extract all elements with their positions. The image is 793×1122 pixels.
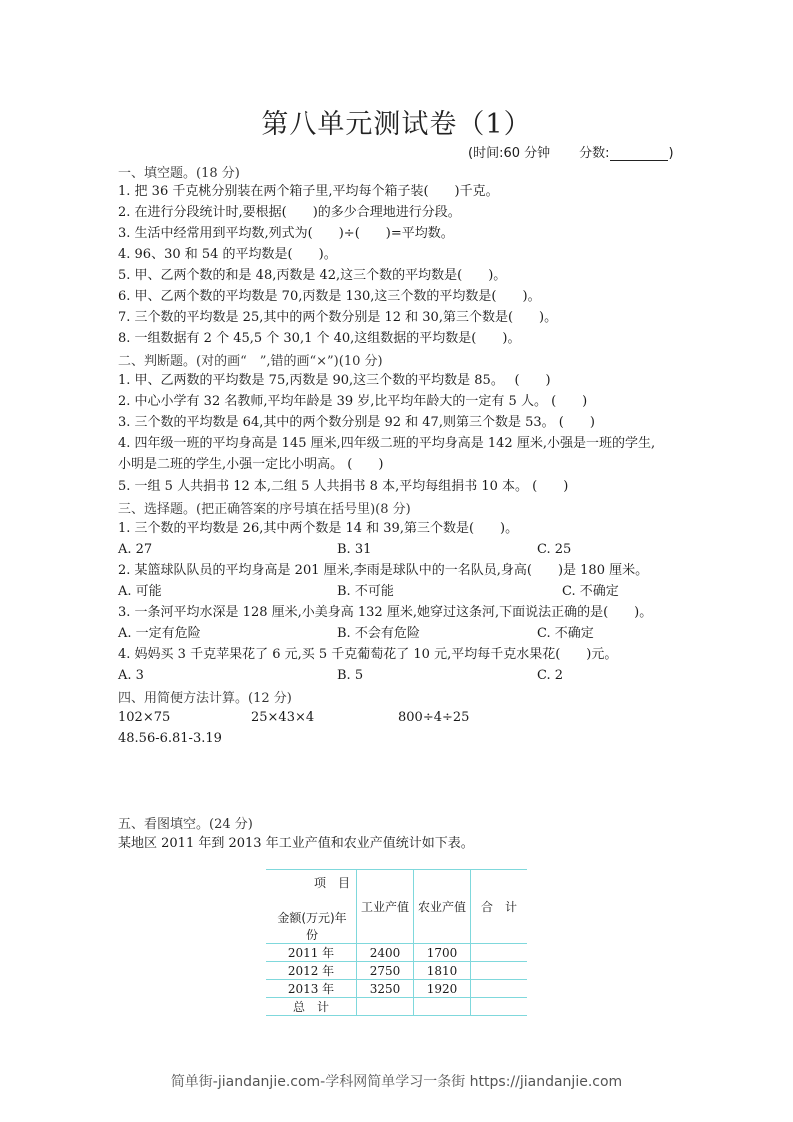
choice-q1-c: C. 25: [537, 540, 571, 560]
section-5-heading: 五、看图填空。(24 分): [118, 813, 253, 832]
row-agriculture: 1700: [414, 944, 471, 962]
choice-q3: 3. 一条河平均水深是 128 厘米,小美身高 132 厘米,她穿过这条河,下面…: [118, 603, 652, 623]
corner-bottom-label: 金额(万元)年份: [276, 910, 348, 944]
calc-expr-2: 25×43×4: [251, 708, 314, 728]
section-1-heading: 一、填空题。(18 分): [118, 162, 240, 181]
corner-top-label: 项 目: [314, 874, 350, 891]
score-label: 分数:: [579, 146, 609, 161]
header-agriculture: 农业产值: [414, 870, 471, 944]
choice-q3-a: A. 一定有危险: [118, 624, 201, 644]
judge-item-1: 1. 甲、乙两数的平均数是 75,丙数是 90,这三个数的平均数是 85。 ( …: [118, 371, 551, 391]
time-label: (时间:60 分钟: [468, 146, 550, 161]
choice-q3-c: C. 不确定: [537, 624, 594, 644]
page-title: 第八单元测试卷（1）: [0, 102, 793, 141]
section-5-intro: 某地区 2011 年到 2013 年工业产值和农业产值统计如下表。: [118, 834, 474, 854]
choice-q2-b: B. 不可能: [337, 582, 394, 602]
header-industry: 工业产值: [357, 870, 414, 944]
table-row: 2013 年 3250 1920: [266, 980, 527, 998]
row-industry: 2750: [357, 962, 414, 980]
footer-watermark: 简单街-jiandanjie.com-学科网简单学习一条街 https://ji…: [0, 1071, 793, 1091]
fill-item-6: 6. 甲、乙两个数的平均数是 70,丙数是 130,这三个数的平均数是( )。: [118, 287, 541, 307]
fill-item-3: 3. 生活中经常用到平均数,列式为( )÷( )=平均数。: [118, 224, 454, 244]
row-year: 2012 年: [266, 962, 357, 980]
section-3-heading: 三、选择题。(把正确答案的序号填在括号里)(8 分): [118, 498, 411, 517]
table-row: 2011 年 2400 1700: [266, 944, 527, 962]
fill-item-8: 8. 一组数据有 2 个 45,5 个 30,1 个 40,这组数据的平均数是(…: [118, 329, 520, 349]
table-row-total: 总 计: [266, 998, 527, 1016]
score-blank: [610, 147, 668, 161]
row-agriculture: 1920: [414, 980, 471, 998]
choice-q4-b: B. 5: [337, 666, 363, 686]
choice-q2: 2. 某篮球队队员的平均身高是 201 厘米,李雨是球队中的一名队员,身高( )…: [118, 561, 648, 581]
fill-item-4: 4. 96、30 和 54 的平均数是( )。: [118, 245, 337, 265]
row-year: 2011 年: [266, 944, 357, 962]
fill-item-2: 2. 在进行分段统计时,要根据( )的多少合理地进行分段。: [118, 203, 461, 223]
choice-q1-a: A. 27: [118, 540, 152, 560]
choice-q1-b: B. 31: [337, 540, 371, 560]
row-industry: 2400: [357, 944, 414, 962]
production-table: 项 目 金额(万元)年份 工业产值 农业产值 合 计 2011 年 2400 1…: [266, 869, 527, 1016]
table-row: 2012 年 2750 1810: [266, 962, 527, 980]
choice-q2-c: C. 不确定: [562, 582, 619, 602]
row-year: 2013 年: [266, 980, 357, 998]
calc-expr-4: 48.56-6.81-3.19: [118, 729, 222, 749]
row-agriculture: 1810: [414, 962, 471, 980]
total-total: [471, 998, 528, 1016]
judge-item-4-cont: 小明是二班的学生,小强一定比小明高。 ( ): [118, 455, 383, 475]
table-corner-cell: 项 目 金额(万元)年份: [266, 870, 357, 944]
choice-q4-c: C. 2: [537, 666, 563, 686]
fill-item-5: 5. 甲、乙两个数的和是 48,丙数是 42,这三个数的平均数是( )。: [118, 266, 506, 286]
choice-q1: 1. 三个数的平均数是 26,其中两个数是 14 和 39,第三个数是( )。: [118, 519, 518, 539]
fill-item-1: 1. 把 36 千克桃分别装在两个箱子里,平均每个箱子装( )千克。: [118, 182, 499, 202]
header-total: 合 计: [471, 870, 528, 944]
choice-q4: 4. 妈妈买 3 千克苹果花了 6 元,买 5 千克葡萄花了 10 元,平均每千…: [118, 645, 617, 665]
row-total: [471, 962, 528, 980]
judge-item-4: 4. 四年级一班的平均身高是 145 厘米,四年级二班的平均身高是 142 厘米…: [118, 434, 655, 454]
judge-item-5: 5. 一组 5 人共捐书 12 本,二组 5 人共捐书 8 本,平均每组捐书 1…: [118, 477, 568, 497]
calc-expr-1: 102×75: [118, 708, 170, 728]
total-industry: [357, 998, 414, 1016]
total-agriculture: [414, 998, 471, 1016]
choice-q4-a: A. 3: [118, 666, 144, 686]
row-industry: 3250: [357, 980, 414, 998]
section-4-heading: 四、用简便方法计算。(12 分): [118, 687, 292, 706]
choice-q2-a: A. 可能: [118, 582, 162, 602]
calc-expr-3: 800÷4÷25: [398, 708, 469, 728]
row-total: [471, 944, 528, 962]
exam-meta: (时间:60 分钟 分数:): [468, 142, 674, 161]
choice-q3-b: B. 不会有危险: [337, 624, 420, 644]
fill-item-7: 7. 三个数的平均数是 25,其中的两个数分别是 12 和 30,第三个数是( …: [118, 308, 557, 328]
judge-item-2: 2. 中心小学有 32 名教师,平均年龄是 39 岁,比平均年龄大的一定有 5 …: [118, 392, 587, 412]
total-label: 总 计: [266, 998, 357, 1016]
row-total: [471, 980, 528, 998]
judge-item-3: 3. 三个数的平均数是 64,其中的两个数分别是 92 和 47,则第三个数是 …: [118, 413, 595, 433]
section-2-heading: 二、判断题。(对的画“ ”,错的画“×”)(10 分): [118, 350, 383, 369]
